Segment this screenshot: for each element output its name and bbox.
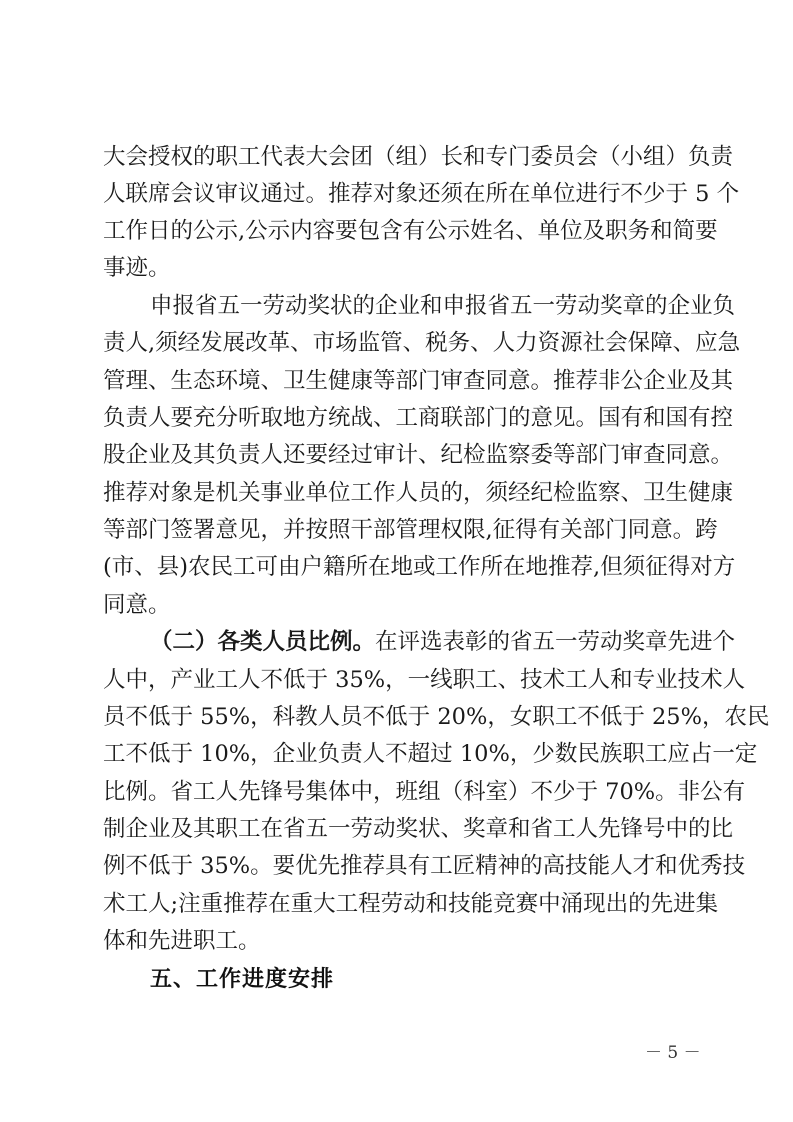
text-line: 例不低于 35%。要优先推荐具有工匠精神的高技能人才和优秀技 (103, 851, 693, 881)
text-line: 人联席会议审议通过。推荐对象还须在所在单位进行不少于 5 个 (103, 179, 693, 209)
page-number: － 5 － (645, 1038, 701, 1063)
text-line: 制企业及其职工在省五一劳动奖状、奖章和省工人先锋号中的比 (103, 814, 693, 844)
text-line: 推荐对象是机关事业单位工作人员的，须经纪检监察、卫生健康 (103, 478, 693, 508)
section-heading: 五、工作进度安排 (150, 965, 334, 995)
text-line: 大会授权的职工代表大会团（组）长和专门委员会（小组）负责 (103, 142, 693, 172)
text-line: 比例。省工人先锋号集体中，班组（科室）不少于 70%。非公有 (103, 777, 693, 807)
text-line: 申报省五一劳动奖状的企业和申报省五一劳动奖章的企业负 (150, 291, 693, 321)
text-run: 在评选表彰的省五一劳动奖章先进个 (375, 629, 735, 655)
text-line: 管理、生态环境、卫生健康等部门审查同意。推荐非公企业及其 (103, 366, 693, 396)
text-line: 负责人要充分听取地方统战、工商联部门的意见。国有和国有控 (103, 403, 693, 433)
text-line: （二）各类人员比例。在评选表彰的省五一劳动奖章先进个 (150, 627, 693, 657)
text-line: 等部门签署意见，并按照干部管理权限,征得有关部门同意。跨 (103, 515, 693, 545)
text-line: 工不低于 10%，企业负责人不超过 10%，少数民族职工应占一定 (103, 739, 693, 769)
text-line: 事迹。 (103, 253, 693, 283)
document-page: 大会授权的职工代表大会团（组）长和专门委员会（小组）负责 人联席会议审议通过。推… (0, 0, 793, 1122)
text-line: 体和先进职工。 (103, 926, 693, 956)
text-line: (市、县)农民工可由户籍所在地或工作所在地推荐,但须征得对方 (103, 552, 693, 582)
text-line: 术工人;注重推荐在重大工程劳动和技能竞赛中涌现出的先进集 (103, 889, 693, 919)
subsection-title: （二）各类人员比例。 (150, 629, 375, 655)
text-line: 工作日的公示,公示内容要包含有公示姓名、单位及职务和简要 (103, 216, 693, 246)
text-line: 员不低于 55%，科教人员不低于 20%，女职工不低于 25%，农民 (103, 702, 693, 732)
text-line: 人中，产业工人不低于 35%，一线职工、技术工人和专业技术人 (103, 665, 693, 695)
text-line: 责人,须经发展改革、市场监管、税务、人力资源社会保障、应急 (103, 328, 693, 358)
text-line: 股企业及其负责人还要经过审计、纪检监察委等部门审查同意。 (103, 440, 693, 470)
text-line: 同意。 (103, 590, 693, 620)
